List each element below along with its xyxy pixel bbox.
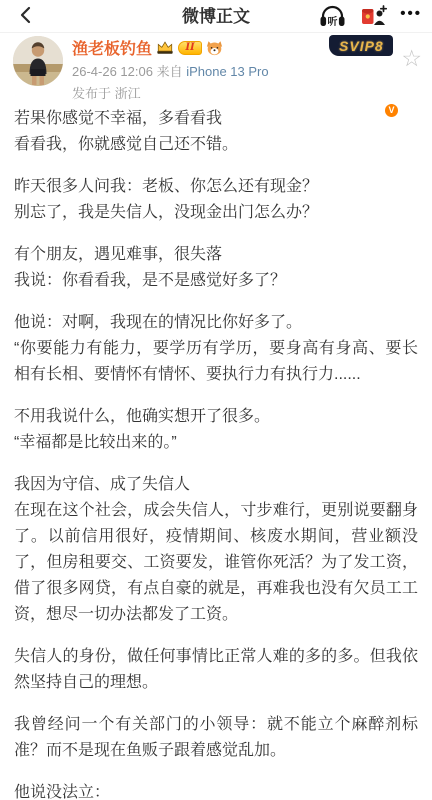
page-title: 微博正文 — [182, 0, 250, 33]
corgi-pet-icon[interactable] — [206, 40, 223, 56]
red-packet-share-icon[interactable] — [360, 4, 387, 28]
author-row-right: SVIP8 ☆ — [329, 35, 422, 71]
post-meta: 26-4-26 12:06 来自 iPhone 13 Pro — [72, 61, 269, 80]
svip-badge[interactable]: SVIP8 — [329, 35, 393, 56]
post-paragraph: 不用我说什么，他确实想开了很多。 “幸福都是比较出来的。” — [14, 404, 418, 456]
source-prefix: 来自 — [157, 64, 183, 79]
location-prefix: 发布于 — [72, 86, 111, 101]
author-info: 渔老板钓鱼 II — [72, 36, 269, 100]
post-paragraph: 他说：对啊，我现在的情况比你好多了。 “你要能力有能力，要学历有学历，要身高有身… — [14, 310, 418, 388]
author-name[interactable]: 渔老板钓鱼 — [72, 36, 152, 59]
post-paragraph: 若果你感觉不幸福，多看看我 看看我，你就感觉自己还不错。 — [14, 106, 418, 158]
author-row: V 渔老板钓鱼 II — [0, 33, 432, 100]
post-paragraph: 我曾经问一个有关部门的小领导：就不能立个麻醉剂标准？而不是现在鱼贩子跟着感觉乱加… — [14, 712, 418, 764]
crown-vip-icon[interactable] — [156, 40, 174, 55]
favorite-star-icon[interactable]: ☆ — [401, 48, 422, 71]
post-source[interactable]: iPhone 13 Pro — [186, 64, 268, 79]
listen-glyph: 听 — [328, 15, 338, 28]
weibo-post-screen: 微博正文 听 ••• — [0, 0, 432, 800]
post-paragraph: 有个朋友，遇见难事，很失落 我说：你看看我，是不是感觉好多了？ — [14, 242, 418, 294]
more-options-icon[interactable]: ••• — [400, 6, 422, 27]
location-name: 浙江 — [115, 86, 141, 101]
post-paragraph: 他说没法立： — [14, 780, 418, 800]
verified-v-icon: V — [384, 103, 399, 118]
post-paragraph: 我因为守信、成了失信人 在现在这个社会，成会失信人，寸步难行，更别说要翻身了。以… — [14, 472, 418, 628]
navbar: 微博正文 听 ••• — [0, 0, 432, 33]
avatar[interactable] — [13, 36, 63, 86]
post-paragraph: 失信人的身份，做任何事情比正常人难的多的多。但我依然坚持自己的理想。 — [14, 644, 418, 696]
back-button[interactable] — [10, 3, 42, 30]
listen-post-icon[interactable]: 听 — [318, 4, 347, 28]
post-location: 发布于 浙江 — [72, 83, 269, 102]
post-date: 26-4-26 12:06 — [72, 64, 153, 79]
back-chevron-icon — [16, 5, 36, 28]
post-paragraph: 昨天很多人问我：老板、你怎么还有现金？ 别忘了，我是失信人，没现金出门怎么办？ — [14, 174, 418, 226]
post-content: 若果你感觉不幸福，多看看我 看看我，你就感觉自己还不错。昨天很多人问我：老板、你… — [0, 100, 432, 800]
navbar-actions: 听 ••• — [318, 4, 422, 28]
vip-level-badge[interactable]: II — [178, 41, 202, 55]
